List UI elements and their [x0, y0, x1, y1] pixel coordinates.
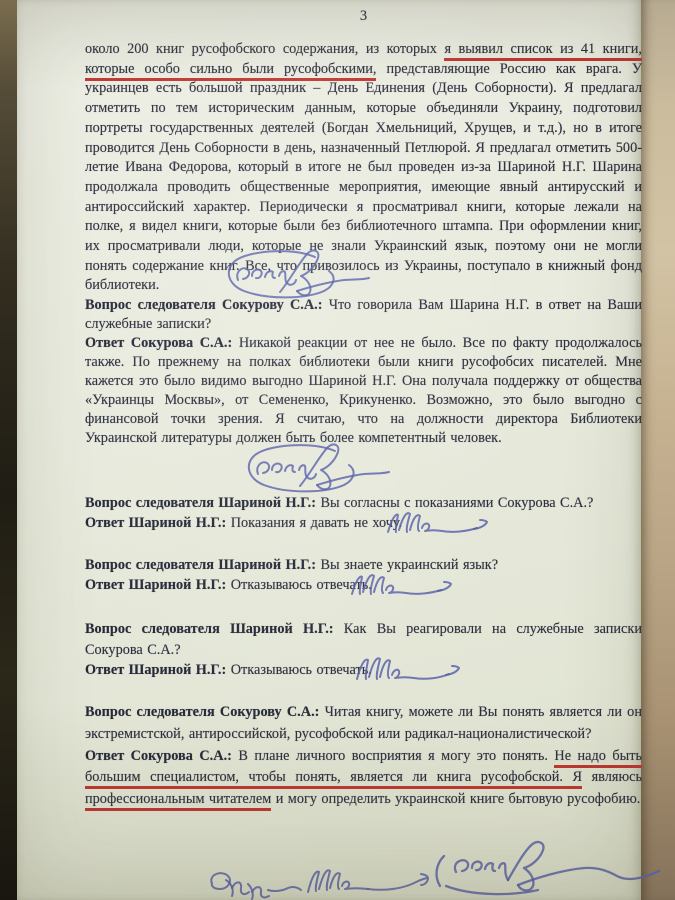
testimony-text: представляющие Россию как врага. У украи…	[85, 61, 642, 294]
page-number: 3	[85, 8, 642, 28]
question-line: Вопрос следователя Шариной Н.Г.: Вы знае…	[85, 556, 642, 576]
sokurov-signature-icon	[242, 440, 392, 496]
document-page: 3 около 200 книг русофобского содержания…	[17, 0, 641, 900]
qa-block-4: Вопрос следователя Шариной Н.Г.: Как Вы …	[85, 619, 642, 681]
answer-label: Ответ Сокурова С.А.:	[85, 335, 232, 351]
answer-line: Ответ Сокурова С.А.: В плане личного вос…	[85, 746, 642, 811]
qa-block-2: Вопрос следователя Шариной Н.Г.: Вы согл…	[85, 494, 642, 533]
answer-label: Ответ Шариной Н.Г.:	[85, 662, 226, 678]
sharina-signature-icon	[300, 862, 435, 900]
answer-text: Отказываюсь отвечать.	[226, 662, 372, 678]
table-edge-left	[0, 0, 17, 900]
signature-icon	[198, 868, 308, 900]
answer-line: Ответ Сокурова С.А.: Никакой реакции от …	[85, 334, 642, 448]
question-line: Вопрос следователя Шариной Н.Г.: Как Вы …	[85, 619, 642, 660]
red-underlined-text: профессиональным читателем	[85, 791, 271, 811]
question-text: Вы знаете украинский язык?	[316, 557, 498, 573]
testimony-text: около 200 книг русофобского содержания, …	[85, 41, 444, 57]
document-photo: 3 около 200 книг русофобского содержания…	[0, 0, 675, 900]
question-label: Вопрос следователя Шариной Н.Г.:	[85, 557, 316, 573]
answer-text: Показания я давать не хочу.	[226, 515, 402, 531]
answer-text: В плане личного восприятия я могу это по…	[232, 748, 554, 764]
question-label: Вопрос следователя Шариной Н.Г.:	[85, 495, 316, 511]
answer-label: Ответ Шариной Н.Г.:	[85, 515, 226, 531]
answer-line: Ответ Шариной Н.Г.: Отказываюсь отвечать…	[85, 660, 642, 681]
question-text: Вы согласны с показаниями Сокурова С.А.?	[316, 495, 593, 511]
question-line: Вопрос следователя Шариной Н.Г.: Вы согл…	[85, 494, 642, 514]
qa-block-3: Вопрос следователя Шариной Н.Г.: Вы знае…	[85, 556, 642, 595]
answer-line: Ответ Шариной Н.Г.: Показания я давать н…	[85, 514, 642, 534]
answer-label: Ответ Шариной Н.Г.:	[85, 577, 226, 593]
qa-block-1: Вопрос следователя Сокурову С.А.: Что го…	[85, 296, 642, 448]
answer-text: Никакой реакции от нее не было. Все по ф…	[85, 335, 642, 446]
question-label: Вопрос следователя Шариной Н.Г.:	[85, 621, 334, 637]
question-label: Вопрос следователя Сокурову С.А.:	[85, 297, 323, 313]
answer-line: Ответ Шариной Н.Г.: Отказываюсь отвечать…	[85, 576, 642, 596]
qa-block-5: Вопрос следователя Сокурову С.А.: Читая …	[85, 702, 642, 811]
question-line: Вопрос следователя Сокурову С.А.: Что го…	[85, 296, 642, 334]
answer-text: и могу определить украинской книге бытов…	[271, 791, 640, 807]
question-label: Вопрос следователя Сокурову С.А.:	[85, 704, 319, 720]
question-line: Вопрос следователя Сокурову С.А.: Читая …	[85, 702, 642, 746]
testimony-paragraph: около 200 книг русофобского содержания, …	[85, 40, 642, 296]
answer-text: Отказываюсь отвечать.	[226, 577, 372, 593]
table-surface-right	[640, 0, 675, 900]
answer-label: Ответ Сокурова С.А.:	[85, 748, 232, 764]
answer-text: являюсь	[582, 769, 642, 785]
sokurov-signature-icon	[412, 838, 664, 900]
